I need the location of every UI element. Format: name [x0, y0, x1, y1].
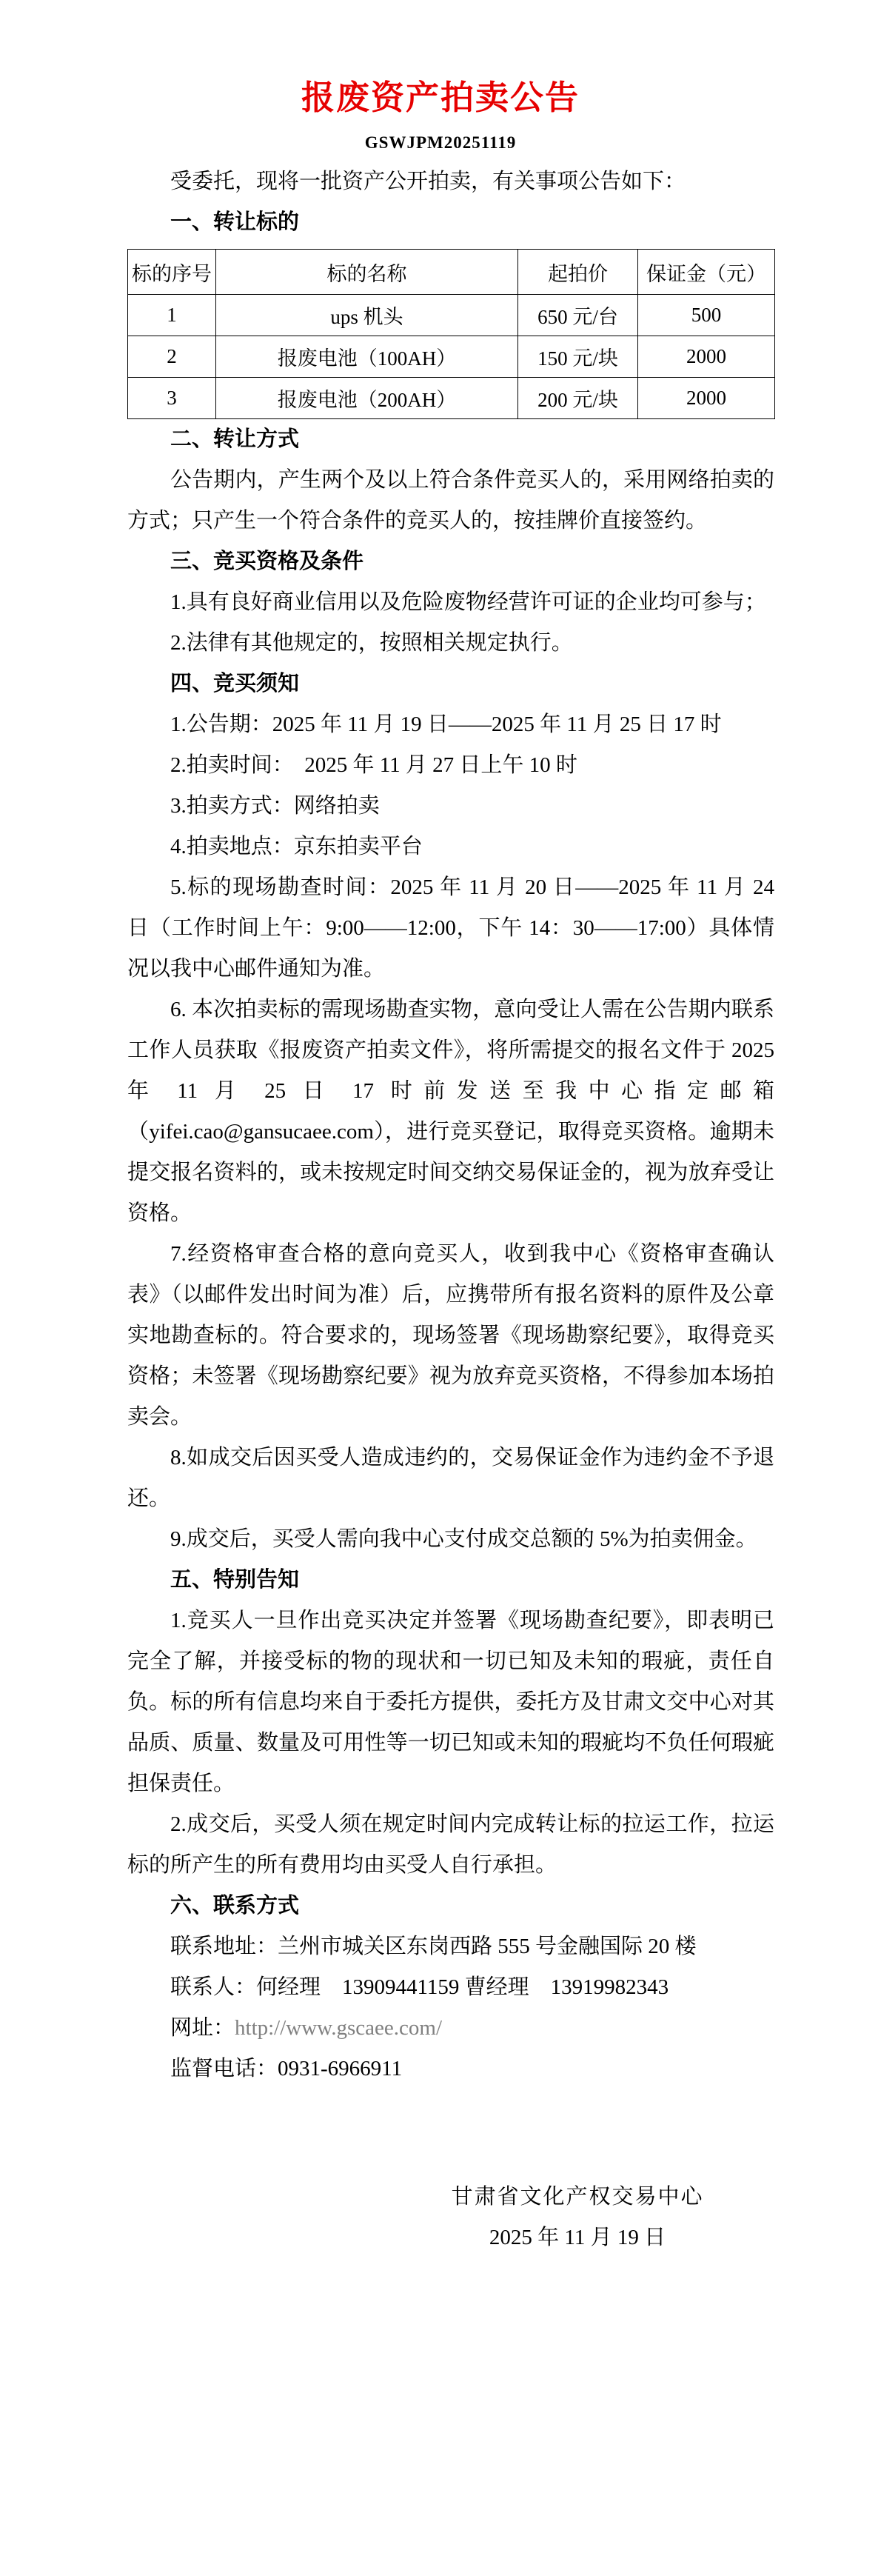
table-row: 3 报废电池（200AH） 200 元/块 2000 — [128, 378, 775, 419]
section5-item-2: 2.成交后，买受人须在规定时间内完成转让标的拉运工作，拉运标的所产生的所有费用均… — [127, 1804, 774, 1886]
cell-start-price: 200 元/块 — [518, 378, 638, 419]
cell-lot-name: 报废电池（200AH） — [216, 378, 518, 419]
intro-paragraph: 受委托，现将一批资产公开拍卖，有关事项公告如下： — [127, 161, 774, 202]
contact-persons: 联系人：何经理 13909441159 曹经理 13919982343 — [127, 1967, 774, 2008]
document-title: 报废资产拍卖公告 — [0, 79, 881, 117]
section2-heading: 二、转让方式 — [127, 419, 774, 460]
cell-start-price: 650 元/台 — [518, 295, 638, 336]
table-header-row: 标的序号 标的名称 起拍价 保证金（元） — [128, 250, 775, 295]
website-link[interactable]: http://www.gscaee.com/ — [235, 2016, 442, 2040]
section4-item-5: 5.标的现场勘查时间：2025 年 11 月 20 日——2025 年 11 月… — [127, 867, 774, 990]
table-row: 1 ups 机头 650 元/台 500 — [128, 295, 775, 336]
table-row: 2 报废电池（100AH） 150 元/块 2000 — [128, 336, 775, 378]
contact-address: 联系地址：兰州市城关区东岗西路 555 号金融国际 20 楼 — [127, 1926, 774, 1967]
website-label: 网址： — [170, 2016, 235, 2040]
contact-website-line: 网址：http://www.gscaee.com/ — [127, 2008, 774, 2049]
cell-deposit: 500 — [638, 295, 775, 336]
col-header-start-price: 起拍价 — [518, 250, 638, 295]
section6-heading: 六、联系方式 — [127, 1886, 774, 1926]
cell-deposit: 2000 — [638, 378, 775, 419]
cell-deposit: 2000 — [638, 336, 775, 378]
col-header-lot-name: 标的名称 — [216, 250, 518, 295]
section4-item-2: 2.拍卖时间： 2025 年 11 月 27 日上午 10 时 — [127, 745, 774, 786]
section4-item-7: 7.经资格审查合格的意向竞买人，收到我中心《资格审查确认表》（以邮件发出时间为准… — [127, 1234, 774, 1438]
document-code: GSWJPM20251119 — [0, 133, 881, 153]
section5-item-1: 1.竞买人一旦作出竞买决定并签署《现场勘查纪要》，即表明已完全了解，并接受标的物… — [127, 1601, 774, 1804]
cell-lot-name: 报废电池（100AH） — [216, 336, 518, 378]
section3-item-1: 1.具有良好商业信用以及危险废物经营许可证的企业均可参与； — [127, 582, 774, 623]
section4-item-9: 9.成交后，买受人需向我中心支付成交总额的 5%为拍卖佣金。 — [127, 1519, 774, 1560]
section3-heading: 三、竞买资格及条件 — [127, 541, 774, 582]
section4-item-6: 6. 本次拍卖标的需现场勘查实物，意向受让人需在公告期内联系工作人员获取《报废资… — [127, 990, 774, 1234]
section4-item-3: 3.拍卖方式：网络拍卖 — [127, 786, 774, 827]
section4-item-4: 4.拍卖地点：京东拍卖平台 — [127, 827, 774, 867]
section2-paragraph: 公告期内，产生两个及以上符合条件竞买人的，采用网络拍卖的方式；只产生一个符合条件… — [127, 460, 774, 541]
col-header-lot-number: 标的序号 — [128, 250, 216, 295]
cell-start-price: 150 元/块 — [518, 336, 638, 378]
section1-heading: 一、转让标的 — [127, 202, 774, 243]
col-header-deposit: 保证金（元） — [638, 250, 775, 295]
lots-table: 标的序号 标的名称 起拍价 保证金（元） 1 ups 机头 650 元/台 50… — [127, 249, 775, 419]
section4-heading: 四、竞买须知 — [127, 664, 774, 704]
cell-lot-name: ups 机头 — [216, 295, 518, 336]
section4-item-1: 1.公告期：2025 年 11 月 19 日——2025 年 11 月 25 日… — [127, 704, 774, 745]
section3-item-2: 2.法律有其他规定的，按照相关规定执行。 — [127, 623, 774, 664]
cell-lot-number: 2 — [128, 336, 216, 378]
document-body: 受委托，现将一批资产公开拍卖，有关事项公告如下： 一、转让标的 标的序号 标的名… — [127, 161, 774, 2258]
signature-block: 甘肃省文化产权交易中心 2025 年 11 月 19 日 — [415, 2177, 740, 2258]
cell-lot-number: 1 — [128, 295, 216, 336]
signature-org: 甘肃省文化产权交易中心 — [415, 2177, 740, 2218]
supervision-phone: 监督电话：0931-6966911 — [127, 2049, 774, 2089]
signature-date: 2025 年 11 月 19 日 — [415, 2218, 740, 2258]
section5-heading: 五、特别告知 — [127, 1560, 774, 1601]
section4-item-8: 8.如成交后因买受人造成违约的，交易保证金作为违约金不予退还。 — [127, 1438, 774, 1519]
document-page: 报废资产拍卖公告 GSWJPM20251119 受委托，现将一批资产公开拍卖，有… — [0, 0, 881, 2576]
cell-lot-number: 3 — [128, 378, 216, 419]
